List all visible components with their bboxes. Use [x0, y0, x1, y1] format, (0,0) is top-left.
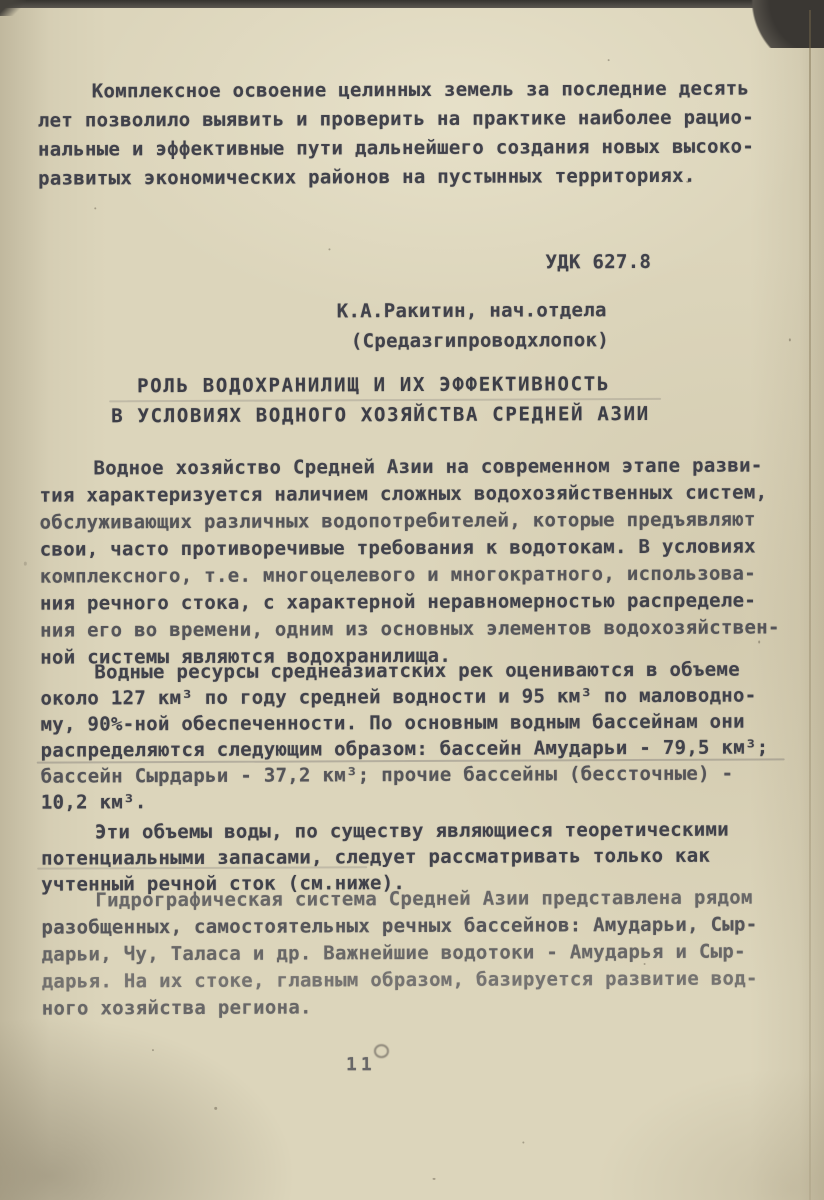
- paper-speck: [94, 207, 96, 209]
- text-line: развитых экономических районов на пустын…: [38, 162, 754, 194]
- paper-speck: [758, 640, 760, 643]
- text-line: лет позволило выявить и проверить на пра…: [38, 104, 754, 136]
- text-line: тия характеризуется наличием сложных вод…: [39, 479, 779, 509]
- text-line: Эти объемы воды, по существу являющиеся …: [41, 817, 729, 846]
- text-line: комплексного, т.е. многоцелевого и много…: [40, 560, 780, 590]
- paragraph-water-resources: Водные ресурсы среднеазиатских рек оцени…: [40, 656, 769, 815]
- paper-speck: [789, 338, 791, 341]
- paper-speck: [433, 1178, 436, 1180]
- udc-code: УДК 627.8: [545, 249, 651, 276]
- text-line: Водные ресурсы среднеазиатских рек оцени…: [40, 656, 768, 685]
- text-line: около 127 км³ по году средней водности и…: [40, 682, 768, 711]
- paper-speck: [328, 248, 330, 250]
- text-line: свои, часто противоречивые требования к …: [40, 533, 780, 563]
- paper-speck: [214, 1107, 217, 1110]
- udc-block: УДК 627.8: [545, 249, 651, 276]
- title-text: РОЛЬ ВОДОХРАНИЛИЩ И ИХ ЭФФЕКТИВНОСТЬ: [137, 371, 610, 400]
- paper-speck: [522, 1142, 524, 1144]
- paragraph-hydrography: Гидрографическая система Средней Азии пр…: [41, 884, 758, 1022]
- text-line: 10,2 км³.: [41, 786, 769, 815]
- text-line: ного хозяйства региона.: [42, 992, 758, 1022]
- paper-speck: [608, 59, 610, 61]
- text-line: дарья. На их стоке, главным образом, баз…: [42, 965, 758, 995]
- title-text: В УСЛОВИЯХ ВОДНОГО ХОЗЯЙСТВА СРЕДНЕЙ АЗИ…: [111, 401, 650, 430]
- author-name: К.А.Ракитин, нач.отдела: [337, 297, 609, 325]
- ink-smudge: [374, 1044, 389, 1058]
- page-content: Комплексное освоение целинных земель за …: [0, 0, 824, 1200]
- scanned-page: Комплексное освоение целинных земель за …: [0, 0, 824, 1200]
- text-line: Комплексное освоение целинных земель за …: [38, 75, 754, 107]
- paper-speck: [644, 963, 646, 965]
- text-line: Водное хозяйство Средней Азии на совреме…: [39, 452, 779, 482]
- text-line: нальные и эффективные пути дальнейшего с…: [38, 133, 754, 165]
- text-line: разобщенных, самостоятельных речных басс…: [41, 911, 757, 941]
- author-organization: (Средазгипроводхлопок): [351, 327, 609, 355]
- text-line: дарьи, Чу, Таласа и др. Важнейшие водото…: [41, 938, 757, 968]
- article-title-line2: В УСЛОВИЯХ ВОДНОГО ХОЗЯЙСТВА СРЕДНЕЙ АЗИ…: [111, 401, 650, 430]
- text-line: бассейн Сырдарьи - 37,2 км³; прочие басс…: [41, 760, 769, 789]
- paper-speck: [686, 181, 689, 183]
- text-line: ния речного стока, с характерной неравно…: [40, 587, 780, 617]
- article-title-line1: РОЛЬ ВОДОХРАНИЛИЩ И ИХ ЭФФЕКТИВНОСТЬ: [137, 371, 610, 400]
- text-line: обслуживающих различных водопотребителей…: [40, 506, 780, 536]
- page-number: 11: [346, 1054, 376, 1075]
- paragraph-intro: Комплексное освоение целинных земель за …: [38, 75, 755, 194]
- text-line: му, 90%-ной обеспеченности. По основным …: [40, 708, 768, 737]
- paper-speck: [24, 562, 27, 566]
- text-line: ния его во времени, одним из основных эл…: [40, 614, 780, 644]
- author-block: К.А.Ракитин, нач.отдела (Средазгипроводх…: [337, 297, 610, 355]
- paragraph-water-economy: Водное хозяйство Средней Азии на совреме…: [39, 452, 779, 671]
- text-line: Гидрографическая система Средней Азии пр…: [41, 884, 757, 914]
- paper-speck: [152, 1049, 154, 1051]
